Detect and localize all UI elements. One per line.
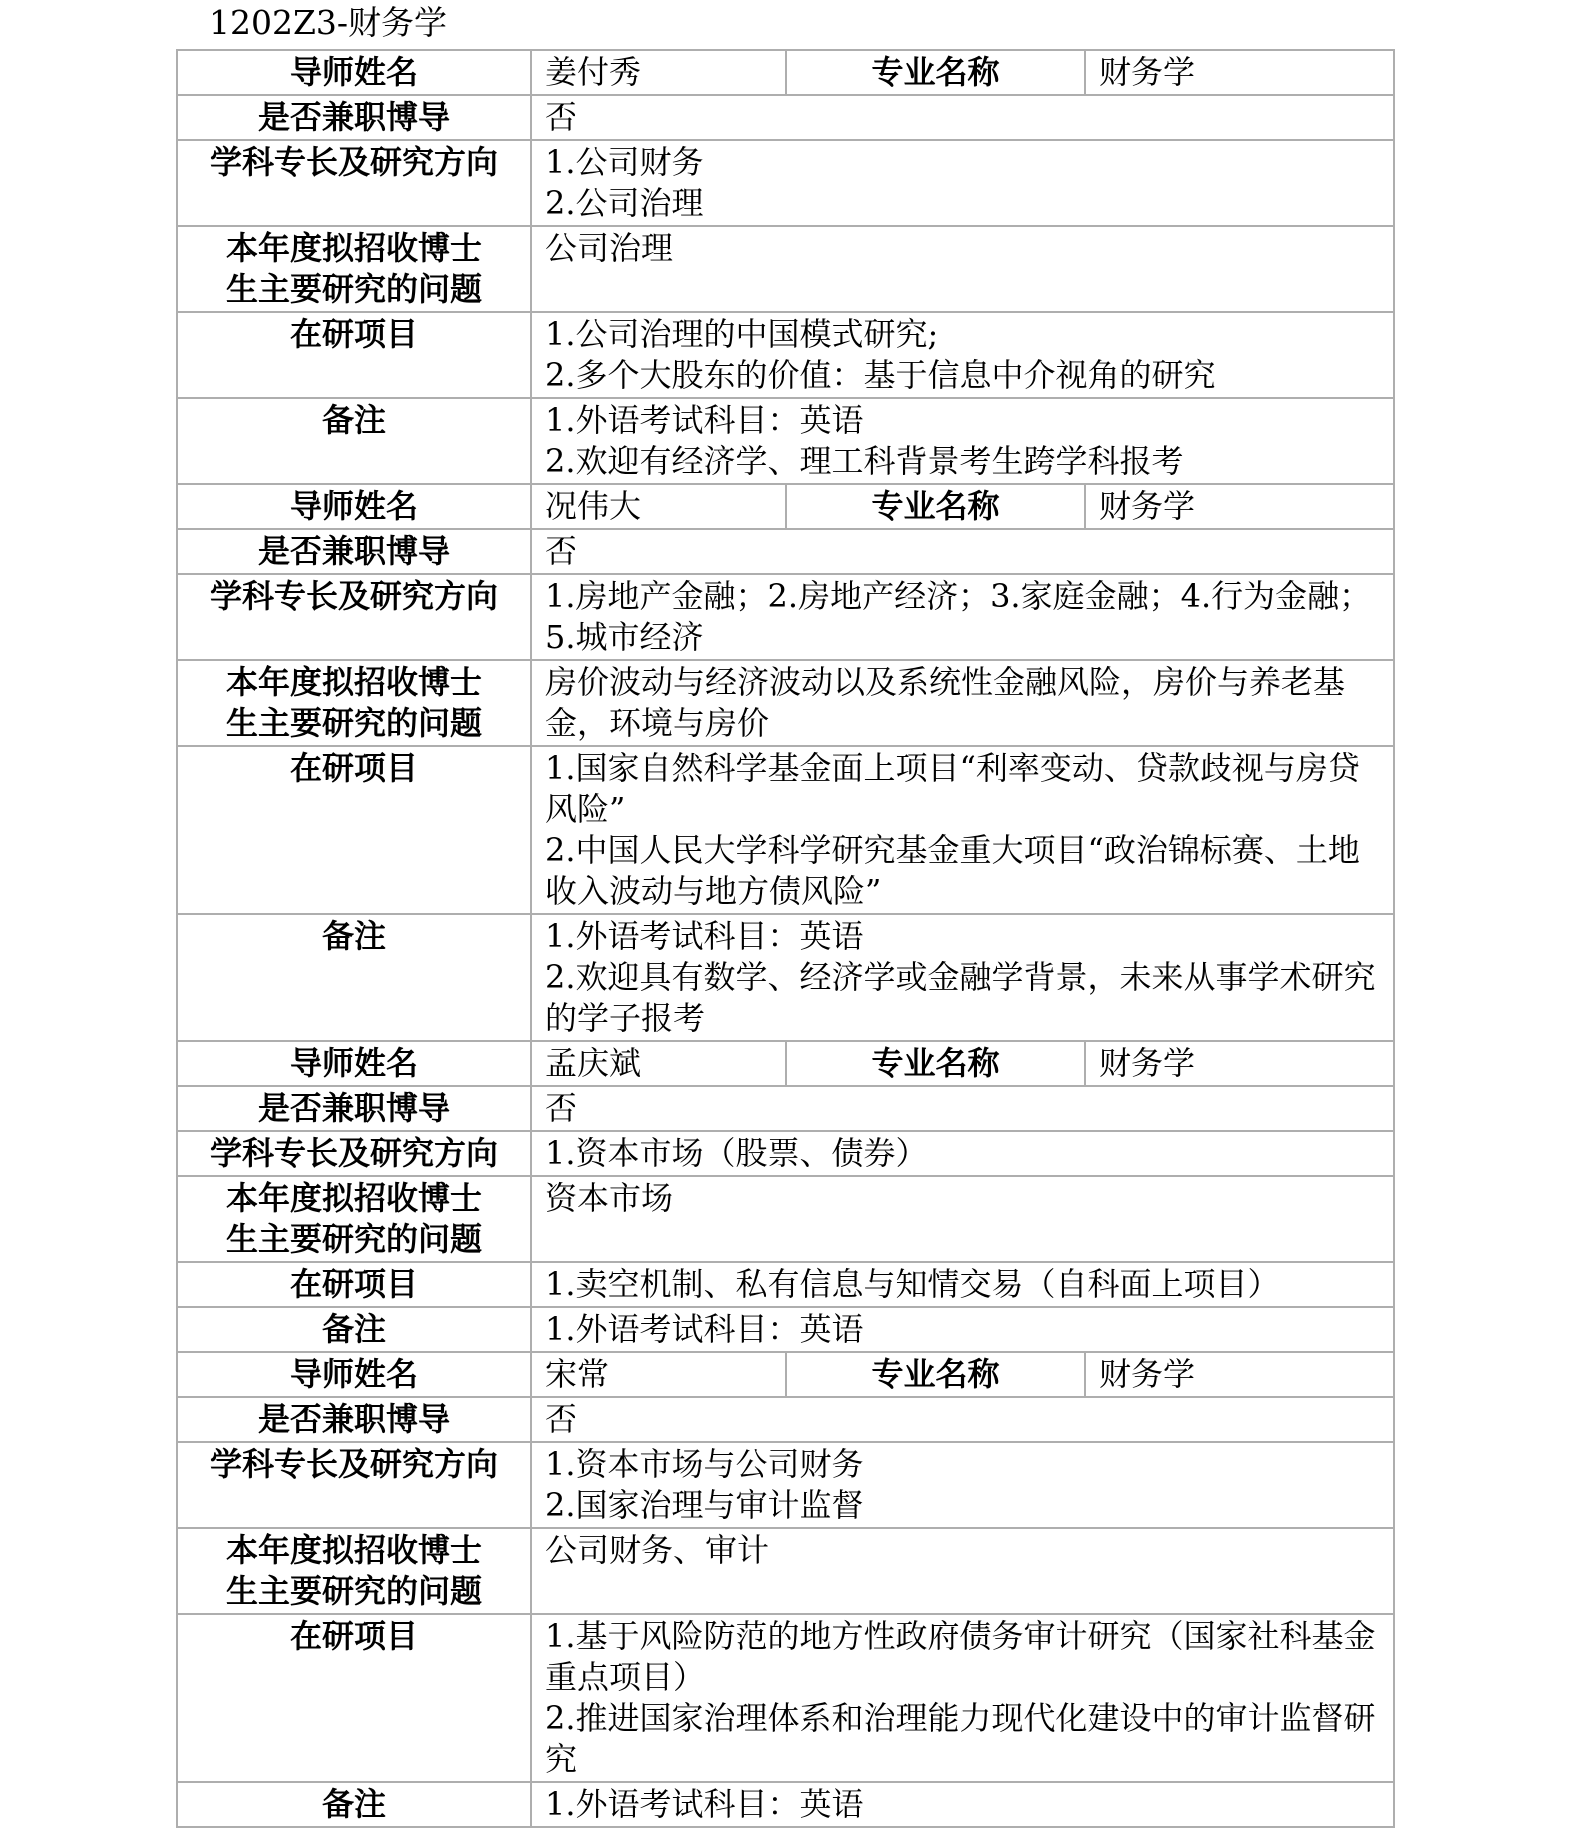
research-questions-value: 公司治理: [531, 226, 1394, 312]
expertise-label: 学科专长及研究方向: [177, 574, 531, 660]
page-title: 1202Z3-财务学: [209, 3, 447, 43]
part-time-value: 否: [531, 95, 1394, 140]
advisor-name-label: 导师姓名: [177, 1041, 531, 1086]
expertise-row: 学科专长及研究方向 1.房地产金融；2.房地产经济；3.家庭金融；4.行为金融；…: [177, 574, 1394, 660]
remarks-row: 备注 1.外语考试科目：英语 2.欢迎有经济学、理工科背景考生跨学科报考: [177, 398, 1394, 484]
expertise-value: 1.公司财务 2.公司治理: [531, 140, 1394, 226]
doctoral-advisor-table: 导师姓名 姜付秀 专业名称 财务学 是否兼职博导 否 学科专长及研究方向 1.公…: [176, 49, 1395, 1828]
major-name-label: 专业名称: [786, 1041, 1085, 1086]
remarks-row: 备注 1.外语考试科目：英语: [177, 1782, 1394, 1827]
research-questions-label: 本年度拟招收博士 生主要研究的问题: [177, 226, 531, 312]
projects-label: 在研项目: [177, 746, 531, 914]
projects-value: 1.国家自然科学基金面上项目“利率变动、贷款歧视与房贷风险” 2.中国人民大学科…: [531, 746, 1394, 914]
remarks-label: 备注: [177, 914, 531, 1041]
expertise-row: 学科专长及研究方向 1.资本市场与公司财务 2.国家治理与审计监督: [177, 1442, 1394, 1528]
projects-value: 1.卖空机制、私有信息与知情交易（自科面上项目）: [531, 1262, 1394, 1307]
advisor-name-label: 导师姓名: [177, 50, 531, 95]
remarks-value: 1.外语考试科目：英语 2.欢迎具有数学、经济学或金融学背景，未来从事学术研究的…: [531, 914, 1394, 1041]
major-name-label: 专业名称: [786, 50, 1085, 95]
remarks-label: 备注: [177, 1307, 531, 1352]
research-questions-value: 公司财务、审计: [531, 1528, 1394, 1614]
remarks-label: 备注: [177, 1782, 531, 1827]
part-time-label: 是否兼职博导: [177, 529, 531, 574]
part-time-value: 否: [531, 1086, 1394, 1131]
projects-label: 在研项目: [177, 1262, 531, 1307]
expertise-value: 1.房地产金融；2.房地产经济；3.家庭金融；4.行为金融；5.城市经济: [531, 574, 1394, 660]
research-questions-row: 本年度拟招收博士 生主要研究的问题 资本市场: [177, 1176, 1394, 1262]
advisor-name-label: 导师姓名: [177, 1352, 531, 1397]
part-time-row: 是否兼职博导 否: [177, 529, 1394, 574]
remarks-row: 备注 1.外语考试科目：英语 2.欢迎具有数学、经济学或金融学背景，未来从事学术…: [177, 914, 1394, 1041]
research-questions-row: 本年度拟招收博士 生主要研究的问题 房价波动与经济波动以及系统性金融风险，房价与…: [177, 660, 1394, 746]
advisor-name-row: 导师姓名 孟庆斌 专业名称 财务学: [177, 1041, 1394, 1086]
expertise-label: 学科专长及研究方向: [177, 140, 531, 226]
remarks-row: 备注 1.外语考试科目：英语: [177, 1307, 1394, 1352]
advisor-name-value: 姜付秀: [531, 50, 786, 95]
expertise-label: 学科专长及研究方向: [177, 1442, 531, 1528]
remarks-value: 1.外语考试科目：英语 2.欢迎有经济学、理工科背景考生跨学科报考: [531, 398, 1394, 484]
part-time-row: 是否兼职博导 否: [177, 95, 1394, 140]
part-time-row: 是否兼职博导 否: [177, 1086, 1394, 1131]
expertise-row: 学科专长及研究方向 1.公司财务 2.公司治理: [177, 140, 1394, 226]
projects-row: 在研项目 1.卖空机制、私有信息与知情交易（自科面上项目）: [177, 1262, 1394, 1307]
major-name-value: 财务学: [1085, 484, 1394, 529]
major-name-label: 专业名称: [786, 1352, 1085, 1397]
remarks-value: 1.外语考试科目：英语: [531, 1307, 1394, 1352]
projects-row: 在研项目 1.基于风险防范的地方性政府债务审计研究（国家社科基金重点项目） 2.…: [177, 1614, 1394, 1782]
part-time-label: 是否兼职博导: [177, 1397, 531, 1442]
major-name-label: 专业名称: [786, 484, 1085, 529]
part-time-row: 是否兼职博导 否: [177, 1397, 1394, 1442]
remarks-label: 备注: [177, 398, 531, 484]
projects-value: 1.基于风险防范的地方性政府债务审计研究（国家社科基金重点项目） 2.推进国家治…: [531, 1614, 1394, 1782]
part-time-value: 否: [531, 529, 1394, 574]
major-name-value: 财务学: [1085, 1352, 1394, 1397]
advisor-name-label: 导师姓名: [177, 484, 531, 529]
advisor-name-row: 导师姓名 姜付秀 专业名称 财务学: [177, 50, 1394, 95]
research-questions-label: 本年度拟招收博士 生主要研究的问题: [177, 1176, 531, 1262]
part-time-value: 否: [531, 1397, 1394, 1442]
expertise-value: 1.资本市场与公司财务 2.国家治理与审计监督: [531, 1442, 1394, 1528]
projects-row: 在研项目 1.国家自然科学基金面上项目“利率变动、贷款歧视与房贷风险” 2.中国…: [177, 746, 1394, 914]
projects-value: 1.公司治理的中国模式研究; 2.多个大股东的价值：基于信息中介视角的研究: [531, 312, 1394, 398]
research-questions-label: 本年度拟招收博士 生主要研究的问题: [177, 1528, 531, 1614]
research-questions-value: 房价波动与经济波动以及系统性金融风险，房价与养老基金，环境与房价: [531, 660, 1394, 746]
advisor-name-value: 孟庆斌: [531, 1041, 786, 1086]
expertise-row: 学科专长及研究方向 1.资本市场（股票、债券）: [177, 1131, 1394, 1176]
projects-label: 在研项目: [177, 312, 531, 398]
research-questions-row: 本年度拟招收博士 生主要研究的问题 公司财务、审计: [177, 1528, 1394, 1614]
advisor-name-row: 导师姓名 况伟大 专业名称 财务学: [177, 484, 1394, 529]
projects-row: 在研项目 1.公司治理的中国模式研究; 2.多个大股东的价值：基于信息中介视角的…: [177, 312, 1394, 398]
projects-label: 在研项目: [177, 1614, 531, 1782]
advisor-name-row: 导师姓名 宋常 专业名称 财务学: [177, 1352, 1394, 1397]
research-questions-row: 本年度拟招收博士 生主要研究的问题 公司治理: [177, 226, 1394, 312]
part-time-label: 是否兼职博导: [177, 1086, 531, 1131]
advisor-name-value: 况伟大: [531, 484, 786, 529]
research-questions-label: 本年度拟招收博士 生主要研究的问题: [177, 660, 531, 746]
major-name-value: 财务学: [1085, 50, 1394, 95]
research-questions-value: 资本市场: [531, 1176, 1394, 1262]
expertise-label: 学科专长及研究方向: [177, 1131, 531, 1176]
remarks-value: 1.外语考试科目：英语: [531, 1782, 1394, 1827]
advisor-name-value: 宋常: [531, 1352, 786, 1397]
part-time-label: 是否兼职博导: [177, 95, 531, 140]
major-name-value: 财务学: [1085, 1041, 1394, 1086]
expertise-value: 1.资本市场（股票、债券）: [531, 1131, 1394, 1176]
